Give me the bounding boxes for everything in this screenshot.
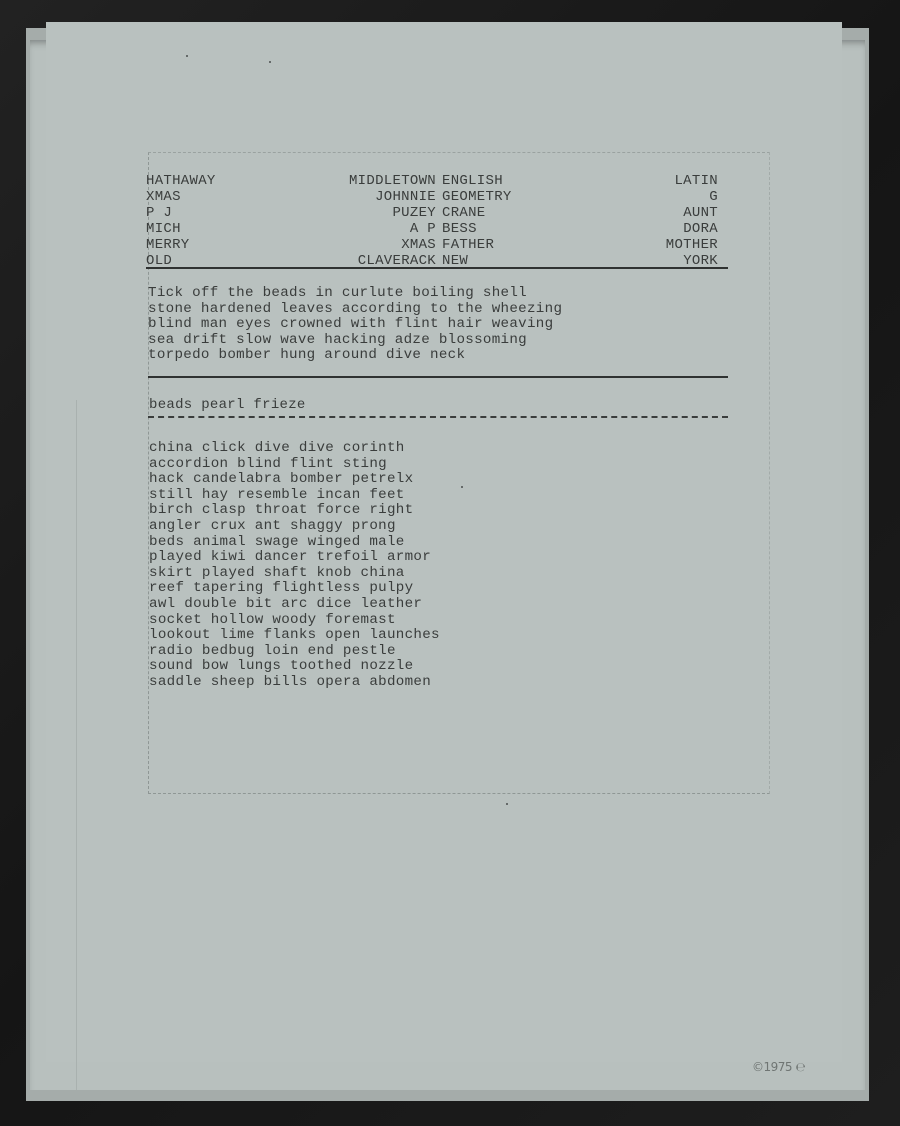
word-list: china click dive dive corinthaccordion b… [149,441,440,691]
word-list-line: hack candelabra bomber petrelx [149,472,440,488]
section-subtitle: beads pearl frieze [149,397,306,413]
word-list-line: radio bedbug loin end pestle [149,644,440,660]
header-cell: GEOMETRY [442,189,512,205]
paper-speck [269,61,271,63]
dashed-rule [148,416,728,418]
poem-line: Tick off the beads in curlute boiling sh… [148,286,562,302]
header-rule [146,267,728,269]
paper-speck [461,486,463,488]
poem-stanza: Tick off the beads in curlute boiling sh… [148,286,562,364]
poem-line: blind man eyes crowned with flint hair w… [148,317,562,333]
header-table: HATHAWAYMIDDLETOWNENGLISHLATINXMASJOHNNI… [146,173,728,269]
word-list-line: lookout lime flanks open launches [149,628,440,644]
poem-rule [148,376,728,378]
header-cell: JOHNNIE [375,189,436,205]
word-list-line: angler crux ant shaggy prong [149,519,440,535]
header-cell: DORA [683,221,718,237]
header-cell: XMAS [401,237,436,253]
header-cell: AUNT [683,205,718,221]
header-cell: HATHAWAY [146,173,216,189]
word-list-line: played kiwi dancer trefoil armor [149,550,440,566]
header-cell: ENGLISH [442,173,503,189]
header-cell: FATHER [442,237,494,253]
header-row: P JPUZEYCRANEAUNT [146,205,728,221]
header-cell: PUZEY [392,205,436,221]
header-cell: MERRY [146,237,190,253]
header-cell: MICH [146,221,181,237]
word-list-line: skirt played shaft knob china [149,566,440,582]
header-row: MICHA PBESSDORA [146,221,728,237]
word-list-line: reef tapering flightless pulpy [149,581,440,597]
header-row: HATHAWAYMIDDLETOWNENGLISHLATIN [146,173,728,189]
poem-line: stone hardened leaves according to the w… [148,302,562,318]
header-cell: P J [146,205,172,221]
header-cell: BESS [442,221,477,237]
word-list-line: birch clasp throat force right [149,503,440,519]
header-cell: A P [410,221,436,237]
word-list-line: still hay resemble incan feet [149,488,440,504]
poem-line: torpedo bomber hung around dive neck [148,348,562,364]
paper-speck [506,803,508,805]
header-row: MERRYXMASFATHERMOTHER [146,237,728,253]
header-cell: XMAS [146,189,181,205]
paper-speck [186,55,188,57]
word-list-line: sound bow lungs toothed nozzle [149,659,440,675]
header-row: XMASJOHNNIEGEOMETRYG [146,189,728,205]
header-cell: CRANE [442,205,486,221]
word-list-line: awl double bit arc dice leather [149,597,440,613]
poem-line: sea drift slow wave hacking adze blossom… [148,333,562,349]
header-cell: MOTHER [666,237,718,253]
word-list-line: china click dive dive corinth [149,441,440,457]
word-list-line: saddle sheep bills opera abdomen [149,675,440,691]
header-cell: LATIN [674,173,718,189]
word-list-line: beds animal swage winged male [149,535,440,551]
header-cell: G [709,189,718,205]
paper-crease [76,400,77,1090]
word-list-line: accordion blind flint sting [149,457,440,473]
copyright-signature: ©1975 ℮ [752,1060,805,1074]
word-list-line: socket hollow woody foremast [149,613,440,629]
header-cell: MIDDLETOWN [349,173,436,189]
